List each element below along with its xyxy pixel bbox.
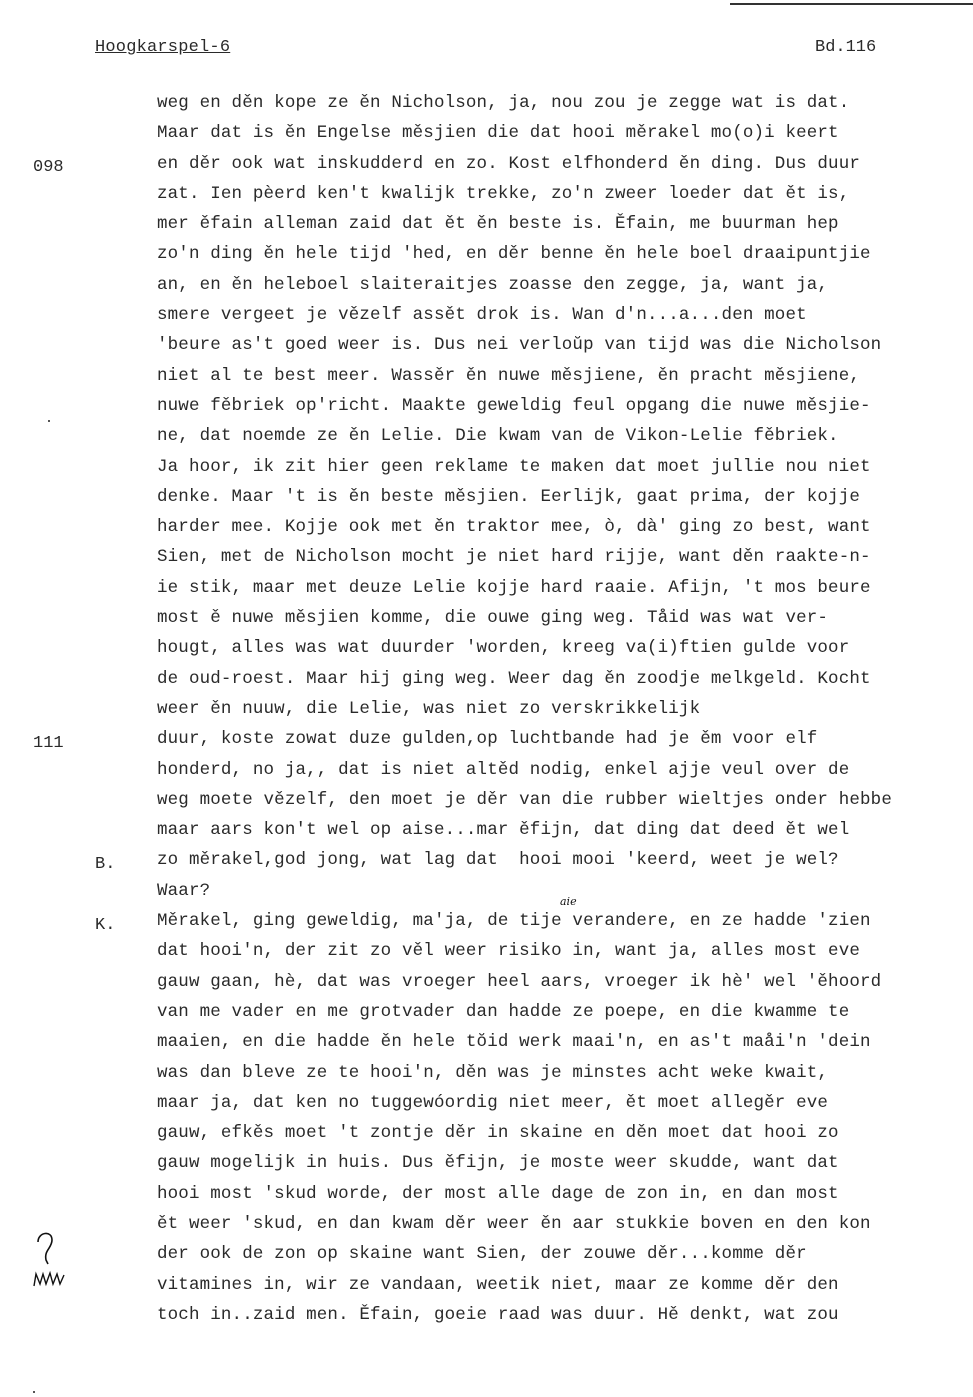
speaker-label-b: B. (95, 855, 115, 874)
transcript-line: gauw gaan, hè, dat was vroeger heel aars… (157, 967, 973, 997)
transcript-line: ne, dat noemde ze ěn Lelie. Die kwam van… (157, 421, 973, 451)
document-title: Hoogkarspel-6 (95, 38, 230, 57)
transcript-line: mer ěfain alleman zaid dat ět ěn beste i… (157, 209, 973, 239)
transcript-line: Sien, met de Nicholson mocht je niet har… (157, 542, 973, 572)
transcript-line: vitamines in, wir ze vandaan, weetik nie… (157, 1270, 973, 1300)
transcript-line: niet al te best meer. Wassěr ěn nuwe měs… (157, 361, 973, 391)
handwritten-question-mark-icon (30, 1228, 80, 1298)
transcript-line: hooi most 'skud worde, der most alle dag… (157, 1179, 973, 1209)
transcript-line: van me vader en me grotvader dan hadde z… (157, 997, 973, 1027)
margin-line-number: 098 (33, 158, 64, 177)
transcript-line: toch in..zaid men. Ěfain, goeie raad was… (157, 1300, 973, 1330)
transcript-line: ie stik, maar met deuze Lelie kojje hard… (157, 573, 973, 603)
top-edge-rule (730, 3, 973, 5)
transcript-line: zat. Ien pèerd ken't kwalijk trekke, zo'… (157, 179, 973, 209)
paper-speck (33, 1391, 35, 1393)
transcript-line: an, en ěn heleboel slaiteraitjes zoasse … (157, 270, 973, 300)
transcript-line: gauw mogelijk in huis. Dus ěfijn, je mos… (157, 1148, 973, 1178)
transcript-line: zo měrakel,god jong, wat lag dat hooi mo… (157, 845, 973, 875)
transcript-line: ět weer 'skud, en dan kwam děr weer ěn a… (157, 1209, 973, 1239)
transcript-line: maaien, en die hadde ěn hele tŏid werk m… (157, 1027, 973, 1057)
transcript-line: honderd, no ja,, dat is niet altěd nodig… (157, 755, 973, 785)
transcript-line: hougt, alles was wat duurder 'worden, kr… (157, 633, 973, 663)
transcript-line: Ja hoor, ik zit hier geen reklame te mak… (157, 452, 973, 482)
transcript-body: weg en děn kope ze ěn Nicholson, ja, nou… (157, 88, 973, 1330)
transcript-line: en děr ook wat inskudderd en zo. Kost el… (157, 149, 973, 179)
transcript-line: was dan bleve ze te hooi'n, děn was je m… (157, 1058, 973, 1088)
transcript-line: smere vergeet je vězelf assět drok is. W… (157, 300, 973, 330)
transcript-line: maar aars kon't wel op aise...mar ěfijn,… (157, 815, 973, 845)
transcript-line: de oud-roest. Maar hij ging weg. Weer da… (157, 664, 973, 694)
transcript-line: Měrakel, ging geweldig, ma'ja, de tije v… (157, 906, 973, 936)
margin-line-number: 111 (33, 734, 64, 753)
transcript-line: Maar dat is ěn Engelse měsjien die dat h… (157, 118, 973, 148)
transcript-line: weer ěn nuuw, die Lelie, was niet zo ver… (157, 694, 973, 724)
page-reference: Bd.116 (815, 38, 876, 57)
transcript-line: 'beure as't goed weer is. Dus nei verloŭ… (157, 330, 973, 360)
transcript-line: nuwe fěbriek op'richt. Maakte geweldig f… (157, 391, 973, 421)
transcript-line: denke. Maar 't is ěn beste měsjien. Eerl… (157, 482, 973, 512)
transcript-line: weg en děn kope ze ěn Nicholson, ja, nou… (157, 88, 973, 118)
handwritten-annotation: aie (560, 895, 577, 908)
speaker-label-k: K. (95, 916, 115, 935)
paper-speck (48, 420, 50, 422)
transcript-line: der ook de zon op skaine want Sien, der … (157, 1239, 973, 1269)
transcript-line: dat hooi'n, der zit zo věl weer risiko i… (157, 936, 973, 966)
transcript-line: harder mee. Kojje ook met ěn traktor mee… (157, 512, 973, 542)
transcript-line: gauw, efkěs moet 't zontje děr in skaine… (157, 1118, 973, 1148)
transcript-line: zo'n ding ěn hele tijd 'hed, en děr benn… (157, 239, 973, 269)
transcript-line: most ě nuwe měsjien komme, die ouwe ging… (157, 603, 973, 633)
transcript-line: weg moete vězelf, den moet je děr van di… (157, 785, 973, 815)
transcript-line: duur, koste zowat duze gulden,op luchtba… (157, 724, 973, 754)
transcript-line: maar ja, dat ken no tuggewóordig niet me… (157, 1088, 973, 1118)
